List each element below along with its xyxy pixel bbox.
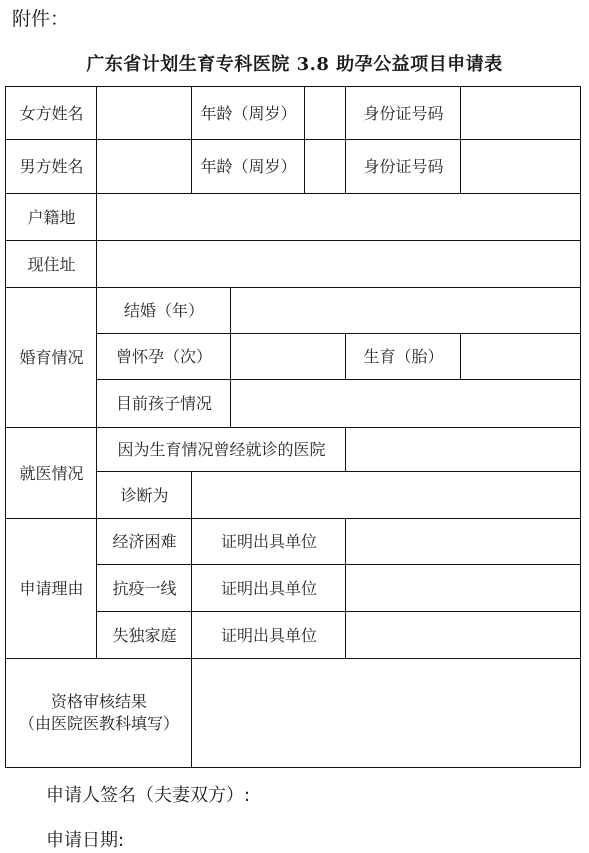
female-age-field[interactable] [304, 86, 347, 141]
household-label: 户籍地 [5, 193, 98, 242]
married-year-label: 结婚（年） [96, 287, 232, 335]
female-id-label: 身份证号码 [345, 86, 462, 141]
signature-label: 申请人签名（夫妻双方）: [46, 781, 250, 807]
form-title: 广东省计划生育专科医院 3.8 助孕公益项目申请表 [0, 50, 589, 76]
hospital-field[interactable] [345, 427, 581, 473]
date-label: 申请日期: [46, 826, 124, 852]
female-age-label: 年龄（周岁） [191, 86, 306, 141]
diagnosis-field[interactable] [191, 471, 581, 520]
review-label-line2: （由医院医教科填写） [19, 713, 179, 735]
review-result-field[interactable] [191, 658, 581, 768]
attachment-label: 附件： [12, 4, 69, 31]
marriage-section-label: 婚育情况 [5, 287, 98, 429]
children-label: 目前孩子情况 [96, 379, 232, 429]
hospital-label: 因为生育情况曾经就诊的医院 [96, 427, 347, 473]
address-label: 现住址 [5, 240, 98, 289]
diagnosis-label: 诊断为 [96, 471, 193, 520]
male-age-field[interactable] [304, 139, 347, 195]
male-name-field[interactable] [96, 139, 193, 195]
reason-bereaved-cert-label: 证明出具单位 [191, 611, 347, 660]
female-name-label: 女方姓名 [5, 86, 98, 141]
address-field[interactable] [96, 240, 581, 289]
pregnancies-field[interactable] [230, 333, 346, 381]
reason-economic-cert-label: 证明出具单位 [191, 518, 347, 566]
reason-frontline-cert-field[interactable] [345, 564, 581, 613]
pregnancies-label: 曾怀孕（次） [96, 333, 232, 381]
review-label-line1: 资格审核结果 [51, 691, 147, 713]
reason-economic-cert-field[interactable] [345, 518, 581, 566]
female-name-field[interactable] [96, 86, 193, 141]
review-label: 资格审核结果 （由医院医教科填写） [5, 658, 193, 768]
female-id-field[interactable] [460, 86, 581, 141]
married-year-field[interactable] [230, 287, 581, 335]
household-field[interactable] [96, 193, 581, 242]
male-name-label: 男方姓名 [5, 139, 98, 195]
male-id-field[interactable] [460, 139, 581, 195]
male-id-label: 身份证号码 [345, 139, 462, 195]
births-label: 生育（胎） [345, 333, 462, 381]
reason-economic-label: 经济困难 [96, 518, 193, 566]
children-field[interactable] [230, 379, 581, 429]
births-field[interactable] [460, 333, 581, 381]
reason-section-label: 申请理由 [5, 518, 98, 660]
reason-bereaved-cert-field[interactable] [345, 611, 581, 660]
reason-frontline-cert-label: 证明出具单位 [191, 564, 347, 613]
reason-bereaved-label: 失独家庭 [96, 611, 193, 660]
reason-frontline-label: 抗疫一线 [96, 564, 193, 613]
medical-section-label: 就医情况 [5, 427, 98, 520]
male-age-label: 年龄（周岁） [191, 139, 306, 195]
